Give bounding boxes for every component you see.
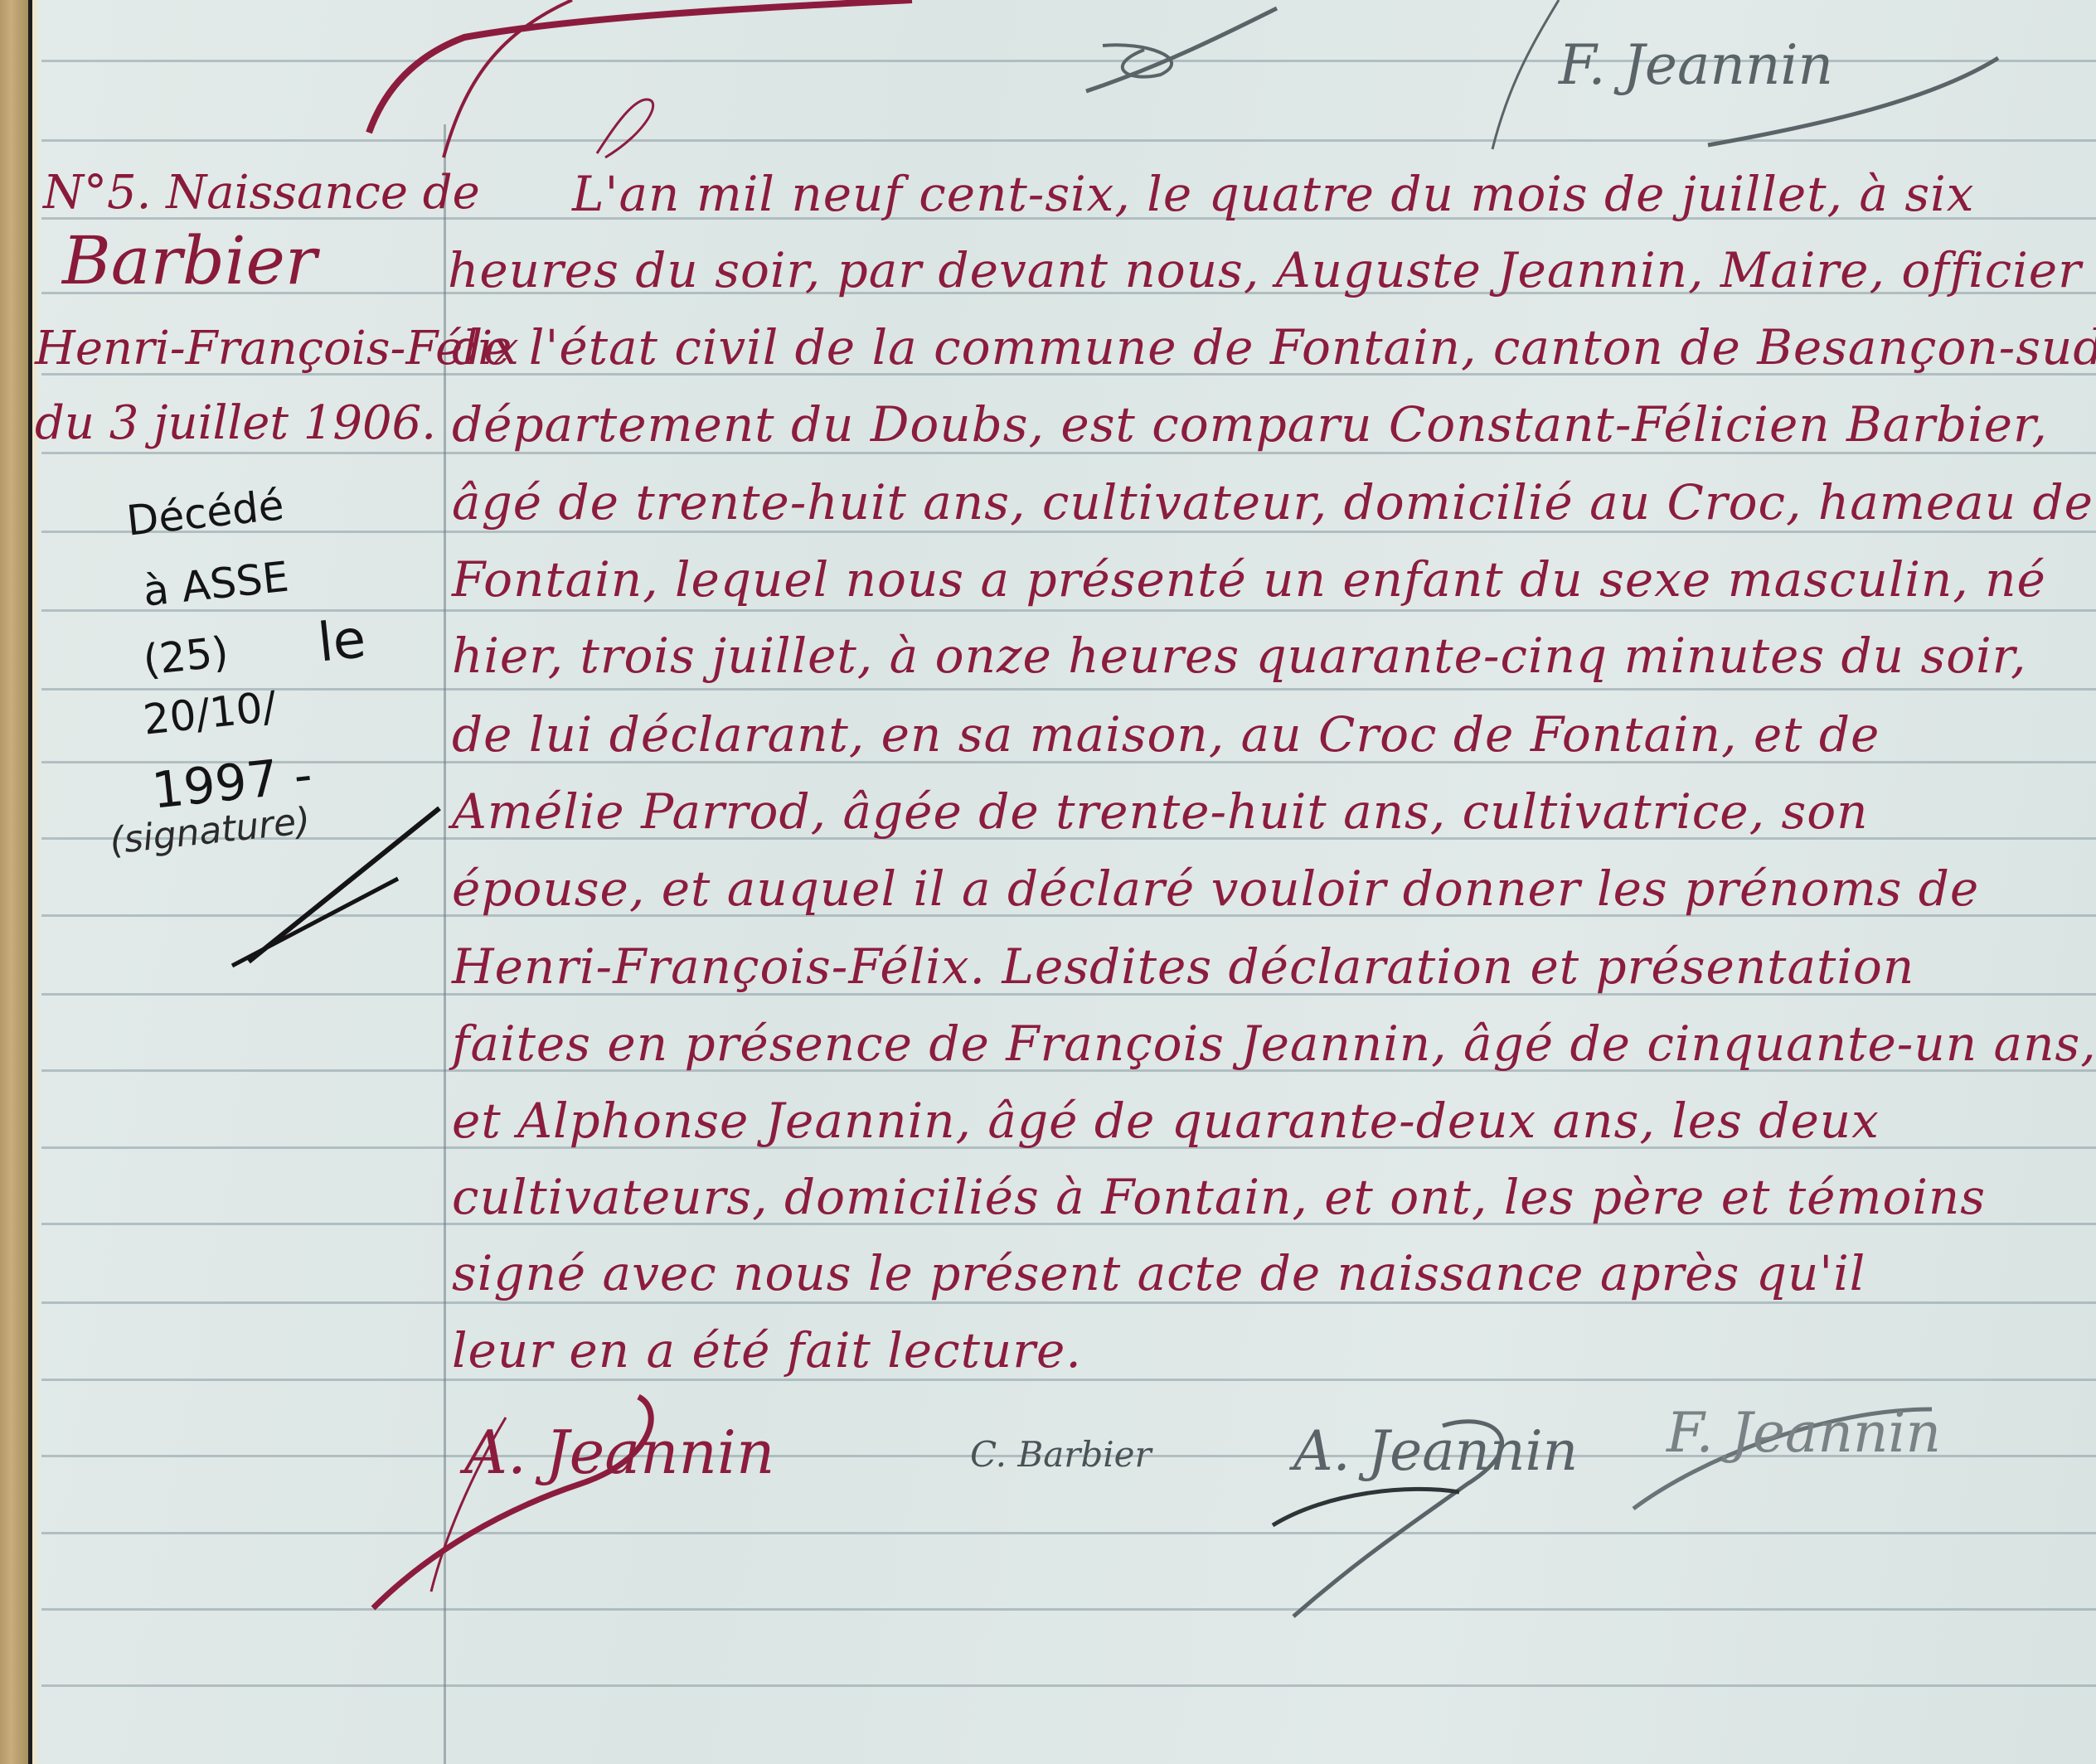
ruled-line: [41, 1684, 2096, 1687]
body-line: de l'état civil de la commune de Fontain…: [452, 319, 2096, 376]
body-line: épouse, et auquel il a déclaré vouloir d…: [452, 860, 1979, 917]
signature-father: C. Barbier: [970, 1434, 1152, 1475]
body-line: âgé de trente-huit ans, cultivateur, dom…: [452, 474, 2094, 531]
margin-given-names: Henri-François-Félix: [35, 322, 519, 376]
signature-witness-2: F. Jeannin: [1667, 1401, 1941, 1465]
ruled-line: [41, 688, 2096, 691]
body-line: leur en a été fait lecture.: [452, 1322, 1082, 1379]
margin-birth-date: du 3 juillet 1906.: [35, 396, 436, 450]
ruled-line: [41, 1379, 2096, 1381]
top-signature: F. Jeannin: [1559, 33, 1833, 97]
register-page: F. Jeannin N°5. Naissance de Barbier Hen…: [0, 0, 2096, 1764]
ruled-line: [41, 139, 2096, 142]
body-line: L'an mil neuf cent-six, le quatre du moi…: [572, 166, 1974, 222]
body-line: faites en présence de François Jeannin, …: [452, 1015, 2096, 1072]
ruled-line: [41, 531, 2096, 533]
death-annotation-line: le: [315, 608, 369, 675]
body-line: Henri-François-Félix. Lesdites déclarati…: [452, 938, 1914, 995]
death-annotation-line: à ASSE: [141, 553, 291, 616]
death-annotation-line: 20/10/: [141, 682, 279, 744]
death-annotation-line: (25): [141, 628, 230, 684]
ruled-line: [41, 1532, 2096, 1534]
ruled-line: [41, 1608, 2096, 1611]
book-binding: [0, 0, 32, 1764]
signature-mayor: A. Jeannin: [464, 1417, 774, 1487]
margin-surname: Barbier: [62, 222, 317, 299]
body-line: cultivateurs, domiciliés à Fontain, et o…: [452, 1169, 1986, 1225]
body-line: signé avec nous le présent acte de naiss…: [452, 1245, 1866, 1301]
body-line: département du Doubs, est comparu Consta…: [452, 396, 2048, 453]
body-line: Amélie Parrod, âgée de trente-huit ans, …: [452, 783, 1869, 840]
signature-witness-1: A. Jeannin: [1293, 1419, 1578, 1483]
annotation-signature: (signature): [108, 800, 313, 863]
body-line: Fontain, lequel nous a présenté un enfan…: [452, 551, 2046, 608]
body-line: heures du soir, par devant nous, Auguste…: [448, 242, 2082, 298]
margin-entry-number: N°5. Naissance de: [43, 166, 480, 220]
body-line: et Alphonse Jeannin, âgé de quarante-deu…: [452, 1093, 1880, 1149]
death-annotation-line: Décédé: [124, 481, 286, 545]
ruled-line: [41, 1301, 2096, 1304]
body-line: de lui déclarant, en sa maison, au Croc …: [452, 706, 1880, 763]
page-edge: [32, 0, 37, 1764]
body-line: hier, trois juillet, à onze heures quara…: [452, 628, 2026, 684]
